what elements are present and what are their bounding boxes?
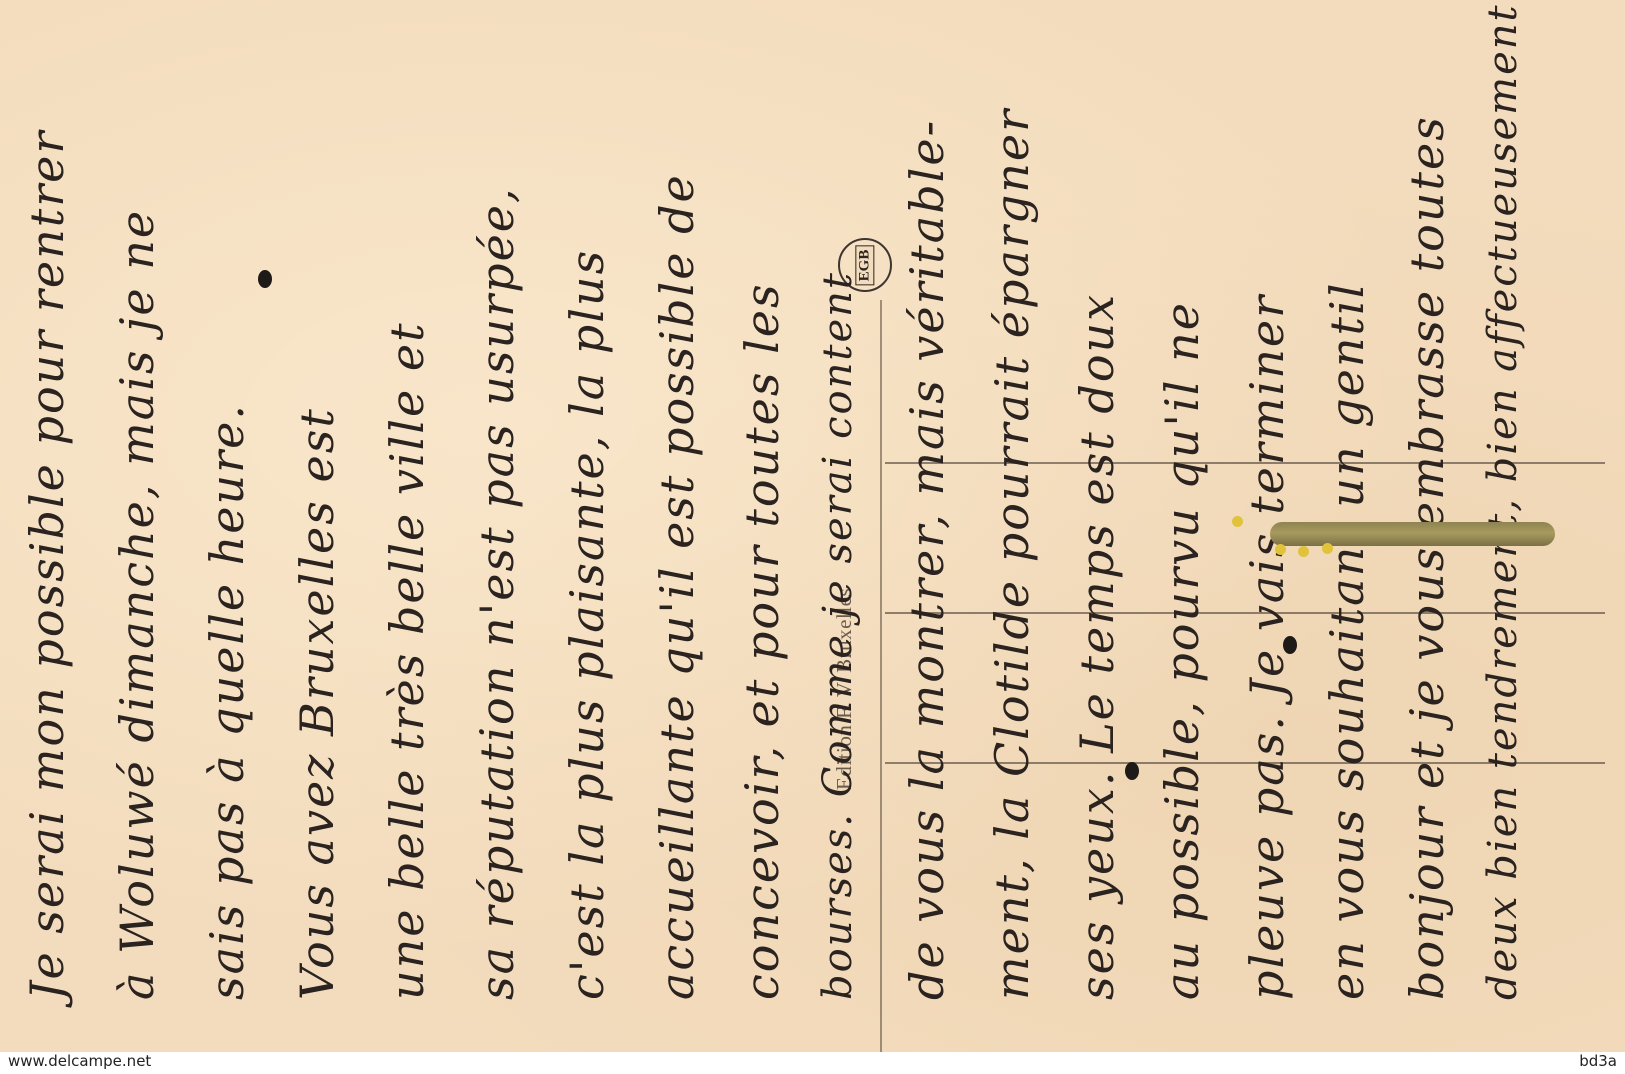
message-line: sa réputation n'est pas usurpée,: [470, 186, 524, 1000]
message-line: c'est la plus plaisante, la plus: [560, 249, 614, 1000]
straw-seed: [1232, 516, 1243, 527]
message-line: deux bien tendrement, bien affectueuseme…: [1480, 3, 1526, 1000]
message-line: Vous avez Bruxelles est: [290, 407, 344, 1000]
message-line: une belle très belle ville et: [380, 321, 434, 1000]
message-line: de vous la montrer, mais véritable-: [900, 119, 954, 1000]
ink-blot: [1283, 636, 1297, 654]
message-line: en vous souhaitant un gentil: [1320, 282, 1374, 1000]
message-line: au possible, pourvu qu'il ne: [1155, 301, 1209, 1000]
message-line: Je serai mon possible pour rentrer: [20, 130, 74, 1000]
watermark-bar: www.delcampe.net bd3a: [0, 1052, 1625, 1074]
message-line: bonjour et je vous embrasse toutes: [1400, 115, 1454, 1000]
postcard-back: EGB Edition F. V. Bruxelles Je serai mon…: [0, 0, 1625, 1052]
message-line: à Woluwé dimanche, mais je ne: [110, 209, 164, 1000]
message-line: bourses. Comme je serai content: [815, 271, 861, 1000]
watermark-right: bd3a: [1579, 1052, 1617, 1070]
message-line: sais pas à quelle heure.: [200, 403, 254, 1000]
ink-blot: [258, 270, 272, 288]
attached-straw: [1270, 522, 1555, 546]
message-line: ses yeux. Le temps est doux: [1070, 293, 1124, 1000]
ink-blot: [1125, 762, 1139, 780]
address-divider: [880, 300, 882, 1060]
message-line: accueillante qu'il est possible de: [650, 173, 704, 1000]
message-line: concevoir, et pour toutes les: [735, 282, 789, 1000]
straw-seed: [1275, 544, 1286, 555]
straw-seed: [1298, 546, 1309, 557]
watermark-left: www.delcampe.net: [8, 1052, 151, 1070]
message-line: ment, la Clotilde pourrait épargner: [985, 108, 1039, 1000]
straw-seed: [1322, 543, 1333, 554]
